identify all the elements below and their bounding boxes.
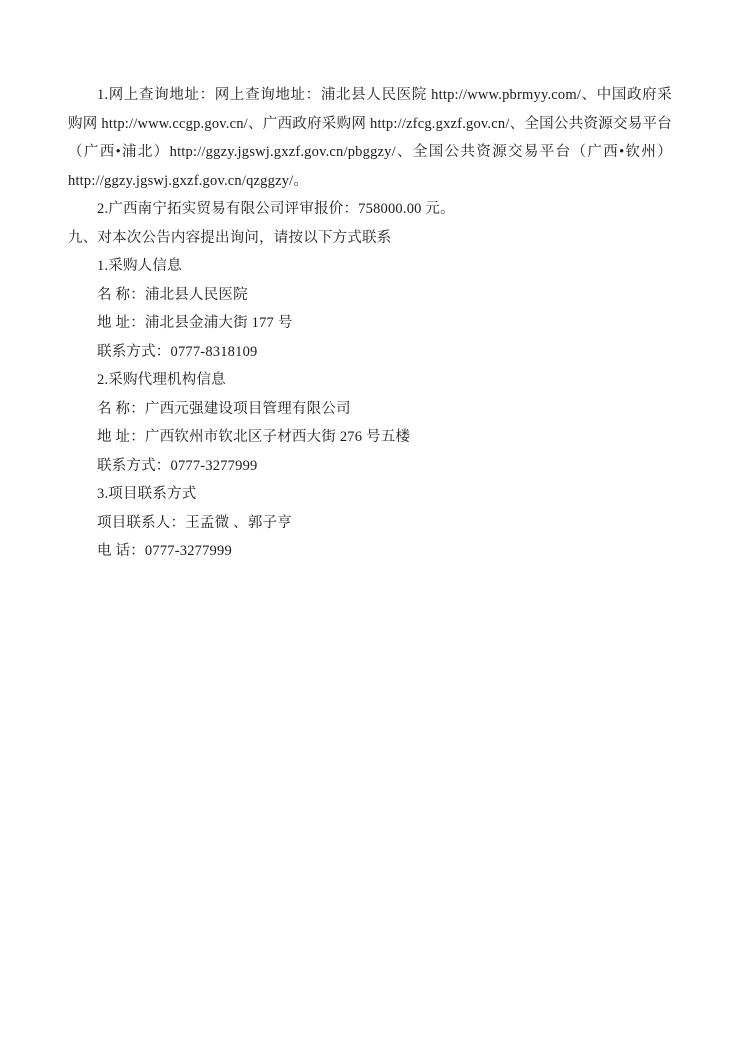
document-content: 1.网上查询地址：网上查询地址：浦北县人民医院 http://www.pbrmy… [68, 81, 672, 566]
agency-contact-number: 联系方式：0777-3277999 [68, 452, 672, 481]
purchaser-address: 地 址：浦北县金浦大街 177 号 [68, 309, 672, 338]
agency-address: 地 址：广西钦州市钦北区子材西大街 276 号五楼 [68, 423, 672, 452]
heading-agency-info: 2.采购代理机构信息 [68, 366, 672, 395]
project-contact-person: 项目联系人：王孟微 、郭子亨 [68, 509, 672, 538]
agency-name: 名 称：广西元强建设项目管理有限公司 [68, 395, 672, 424]
project-contact-phone: 电 话：0777-3277999 [68, 537, 672, 566]
paragraph-review-quote: 2.广西南宁拓实贸易有限公司评审报价：758000.00 元。 [68, 195, 672, 224]
heading-purchaser-info: 1.采购人信息 [68, 252, 672, 281]
paragraph-online-query-addresses: 1.网上查询地址：网上查询地址：浦北县人民医院 http://www.pbrmy… [68, 81, 672, 195]
purchaser-contact-number: 联系方式：0777-8318109 [68, 338, 672, 367]
heading-project-contact: 3.项目联系方式 [68, 480, 672, 509]
document-page: 1.网上查询地址：网上查询地址：浦北县人民医院 http://www.pbrmy… [0, 0, 739, 1045]
heading-section-nine-contact: 九、对本次公告内容提出询问，请按以下方式联系 [68, 224, 672, 253]
purchaser-name: 名 称：浦北县人民医院 [68, 281, 672, 310]
